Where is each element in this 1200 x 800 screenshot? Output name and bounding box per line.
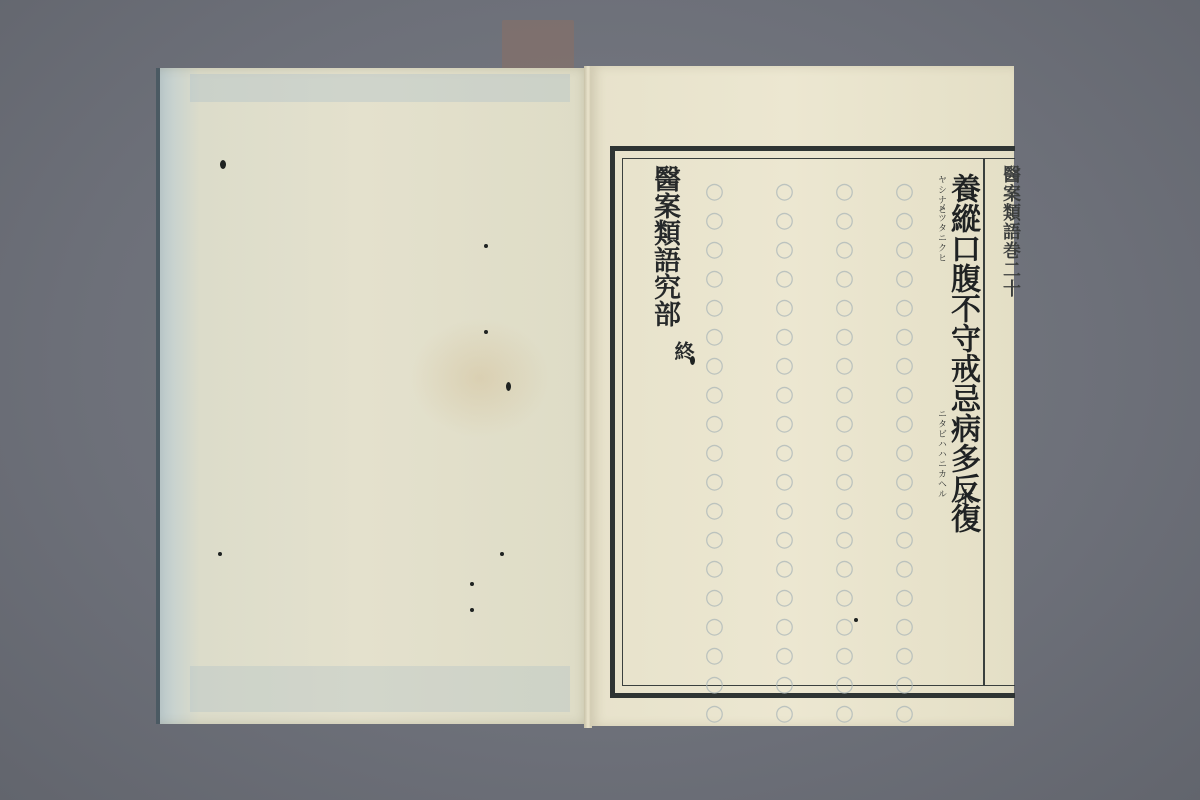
show-through-band-bottom	[190, 666, 570, 712]
show-through-text: ○○○○○○○○○○○○○○○○○○○	[833, 179, 855, 679]
wormhole	[484, 330, 488, 334]
printed-frame: ○○○○○○○○○○○○○○○○○○○ ○○○○○○○○○○○○○○○○○○○ …	[610, 146, 1015, 698]
heading-note: 水	[953, 489, 976, 505]
inner-frame: ○○○○○○○○○○○○○○○○○○○ ○○○○○○○○○○○○○○○○○○○ …	[622, 158, 1015, 686]
left-page	[156, 68, 590, 724]
wormhole	[470, 608, 474, 612]
show-through-text: ○○○○○○○○○○○○○○○○○○○	[773, 179, 795, 679]
show-through-band-top	[190, 74, 570, 102]
wormhole	[218, 552, 222, 556]
wormhole	[690, 356, 695, 365]
open-book: ○○○○○○○○○○○○○○○○○○○ ○○○○○○○○○○○○○○○○○○○ …	[156, 66, 1016, 728]
show-through-text: ○○○○○○○○○○○○○○○○○○○	[703, 179, 725, 679]
column-rule	[983, 159, 985, 685]
margin-title: 醫案類語巻二十	[997, 165, 1023, 298]
furigana-lower: ニタビハハニカヘル	[935, 409, 948, 499]
wormhole	[506, 382, 511, 391]
furigana-left: メツタニクヒ	[935, 203, 948, 263]
wormhole	[854, 618, 858, 622]
right-page: ○○○○○○○○○○○○○○○○○○○ ○○○○○○○○○○○○○○○○○○○ …	[590, 66, 1014, 726]
section-heading: 養縱口腹不守戒忌病多反復	[947, 173, 977, 533]
wormhole	[220, 160, 226, 169]
show-through-text: ○○○○○○○○○○○○○○○○○○○	[893, 179, 915, 679]
wormhole	[484, 244, 488, 248]
book-title-column: 醫案類語究部	[651, 165, 678, 327]
wormhole	[470, 582, 474, 586]
wormhole	[500, 552, 504, 556]
age-stain	[410, 318, 550, 438]
